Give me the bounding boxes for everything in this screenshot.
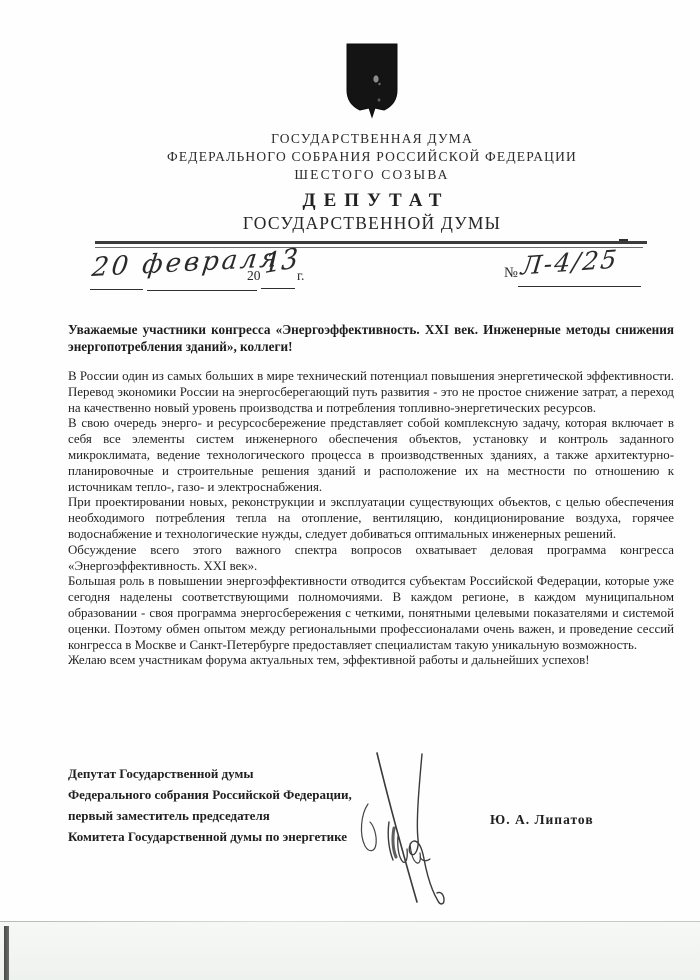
deputy-title: ДЕПУТАТ [40,190,700,212]
signer-line-2: Федерального собрания Российской Федерац… [68,784,352,805]
signer-name: Ю. А. Липатов [490,812,594,828]
number-underline [518,286,641,287]
scanner-background [0,922,700,980]
paragraph-4: Обсуждение всего этого важного спектра в… [68,543,674,575]
header-rule-thick [95,241,647,244]
signer-line-4: Комитета Государственной думы по энергет… [68,826,352,847]
number-sign: № [504,265,518,282]
org-name-line3: ШЕСТОГО СОЗЫВА [40,167,700,183]
org-name-line2: ФЕДЕРАЛЬНОГО СОБРАНИЯ РОССИЙСКОЙ ФЕДЕРАЦ… [40,149,700,165]
scanned-letter-page: ГОСУДАРСТВЕННАЯ ДУМА ФЕДЕРАЛЬНОГО СОБРАН… [0,0,700,980]
date-underline-day [90,289,143,290]
letter-body: Уважаемые участники конгресса «Энергоэфф… [68,321,674,669]
paragraph-2: В свою очередь энерго- и ресурсосбережен… [68,416,674,495]
salutation: Уважаемые участники конгресса «Энергоэфф… [68,321,674,355]
coat-of-arms-icon [346,43,398,119]
paragraph-3: При проектировании новых, реконструкции … [68,495,674,542]
printed-century: 20 [247,268,261,284]
date-underline-month [147,290,257,291]
handwritten-signature-icon [358,742,470,920]
signer-line-1: Депутат Государственной думы [68,763,352,784]
year-suffix: г. [297,268,304,284]
rule-ink-smudge [619,239,628,241]
org-name-line1: ГОСУДАРСТВЕННАЯ ДУМА [40,131,700,147]
deputy-subtitle: ГОСУДАРСТВЕННОЙ ДУМЫ [40,213,700,234]
signer-line-3: первый заместитель председателя [68,805,352,826]
scan-edge-shadow [4,926,9,980]
handwritten-year: 13 [264,243,299,281]
paragraph-1: В России один из самых больших в мире те… [68,369,674,416]
handwritten-doc-number: Л-4/25 [520,244,620,280]
signer-position-block: Депутат Государственной думы Федеральног… [68,763,352,847]
paragraph-6: Желаю всем участникам форума актуальных … [68,653,674,669]
date-underline-year [261,288,295,289]
paragraph-5: Большая роль в повышении энергоэффективн… [68,574,674,653]
